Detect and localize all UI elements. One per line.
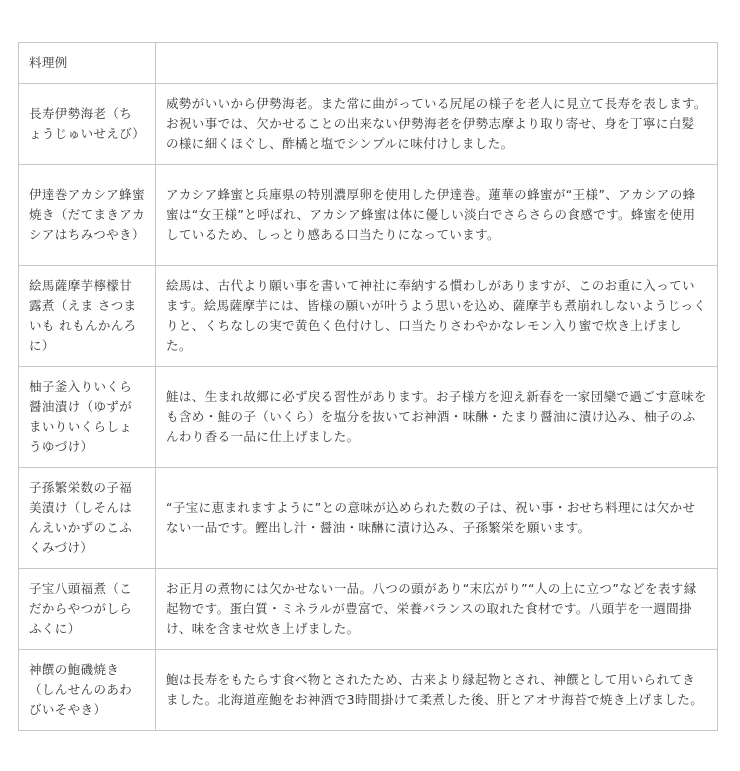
table-row: 絵馬薩摩芋檸檬甘露煮（えま さつまいも れもんかんろに） 絵馬は、古代より願い事… xyxy=(19,266,718,367)
header-label-cell: 料理例 xyxy=(19,43,156,84)
dish-name-cell: 子宝八頭福煮（こだからやつがしらふくに） xyxy=(19,569,156,650)
dish-name-cell: 柚子釜入りいくら醤油漬け（ゆずがまいりいくらしょうゆづけ） xyxy=(19,367,156,468)
dish-name-cell: 神饌の鮑磯焼き（しんせんのあわびいそやき） xyxy=(19,650,156,731)
dish-description-cell: “子宝に恵まれますように”との意味が込められた数の子は、祝い事・おせち料理には欠… xyxy=(156,468,718,569)
dish-description-cell: お正月の煮物には欠かせない一品。八つの頭があり“末広がり”“人の上に立つ”などを… xyxy=(156,569,718,650)
header-value-cell xyxy=(156,43,718,84)
dish-description-cell: 鮭は、生まれ故郷に必ず戻る習性があります。お子様方を迎え新春を一家団欒で過ごす意… xyxy=(156,367,718,468)
table-row: 子宝八頭福煮（こだからやつがしらふくに） お正月の煮物には欠かせない一品。八つの… xyxy=(19,569,718,650)
table-row: 柚子釜入りいくら醤油漬け（ゆずがまいりいくらしょうゆづけ） 鮭は、生まれ故郷に必… xyxy=(19,367,718,468)
dish-description-cell: アカシア蜂蜜と兵庫県の特別濃厚卵を使用した伊達巻。蓮華の蜂蜜が“王様”、アカシア… xyxy=(156,165,718,266)
dish-name-cell: 子孫繁栄数の子福美漬け（しそんはんえいかずのこふくみづけ） xyxy=(19,468,156,569)
dish-name-cell: 絵馬薩摩芋檸檬甘露煮（えま さつまいも れもんかんろに） xyxy=(19,266,156,367)
dish-examples-table-container: 料理例 長寿伊勢海老（ちょうじゅいせえび） 威勢がいいから伊勢海老。また常に曲が… xyxy=(18,42,718,731)
table-row: 長寿伊勢海老（ちょうじゅいせえび） 威勢がいいから伊勢海老。また常に曲がっている… xyxy=(19,84,718,165)
table-header-row: 料理例 xyxy=(19,43,718,84)
table-row: 伊達巻アカシア蜂蜜焼き（だてまきアカシアはちみつやき） アカシア蜂蜜と兵庫県の特… xyxy=(19,165,718,266)
dish-description-cell: 絵馬は、古代より願い事を書いて神社に奉納する慣わしがありますが、このお重に入って… xyxy=(156,266,718,367)
dish-examples-table: 料理例 長寿伊勢海老（ちょうじゅいせえび） 威勢がいいから伊勢海老。また常に曲が… xyxy=(18,42,718,731)
dish-description-cell: 威勢がいいから伊勢海老。また常に曲がっている尻尾の様子を老人に見立て長寿を表しま… xyxy=(156,84,718,165)
table-row: 神饌の鮑磯焼き（しんせんのあわびいそやき） 鮑は長寿をもたらす食べ物とされたため… xyxy=(19,650,718,731)
dish-description-cell: 鮑は長寿をもたらす食べ物とされたため、古来より縁起物とされ、神饌として用いられて… xyxy=(156,650,718,731)
table-row: 子孫繁栄数の子福美漬け（しそんはんえいかずのこふくみづけ） “子宝に恵まれますよ… xyxy=(19,468,718,569)
dish-name-cell: 長寿伊勢海老（ちょうじゅいせえび） xyxy=(19,84,156,165)
dish-name-cell: 伊達巻アカシア蜂蜜焼き（だてまきアカシアはちみつやき） xyxy=(19,165,156,266)
